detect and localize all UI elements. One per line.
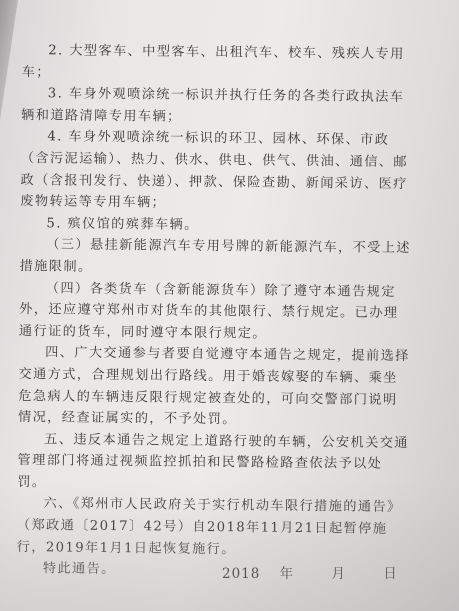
- date-day: 日: [383, 566, 398, 582]
- list-item-4: 4. 车身外观喷涂统一标识的环卫、园林、环保、市政（含污泥运输）、热力、供水、供…: [20, 126, 413, 216]
- notice-body: 2. 大型客车、中型客车、出租汽车、校车、残疾人专用车； 3. 车身外观喷涂统一…: [16, 40, 414, 584]
- section-3: （三）悬挂新能源汽车专用号牌的新能源汽车，不受上述措施限制。: [20, 234, 412, 281]
- article-4: 四、广大交通参与者要自觉遵守本通告之规定，提前选择交通方式，合理规划出行路线。用…: [18, 342, 411, 432]
- signature-date: 2018 年 月 日: [222, 562, 416, 582]
- list-item-3: 3. 车身外观喷涂统一标识并执行任务的各类行政执法车辆和道路清障专用车辆；: [21, 83, 413, 130]
- date-year: 2018 年: [222, 566, 294, 582]
- page-edge-shadow: [0, 0, 18, 120]
- section-4: （四）各类货车（含新能源货车）除了遵守本通告规定外，还应遵守郑州市对货车的其他限…: [19, 278, 412, 347]
- date-month: 月: [331, 566, 346, 582]
- list-item-2: 2. 大型客车、中型客车、出租汽车、校车、残疾人专用车；: [22, 40, 414, 87]
- article-5: 五、违反本通告之规定上道路行驶的车辆，公安机关交通管理部门将通过视频监控抓拍和民…: [17, 429, 410, 498]
- article-6: 六、《郑州市人民政府关于实行机动车限行措施的通告》（郑政通〔2017〕42号）自…: [17, 493, 410, 562]
